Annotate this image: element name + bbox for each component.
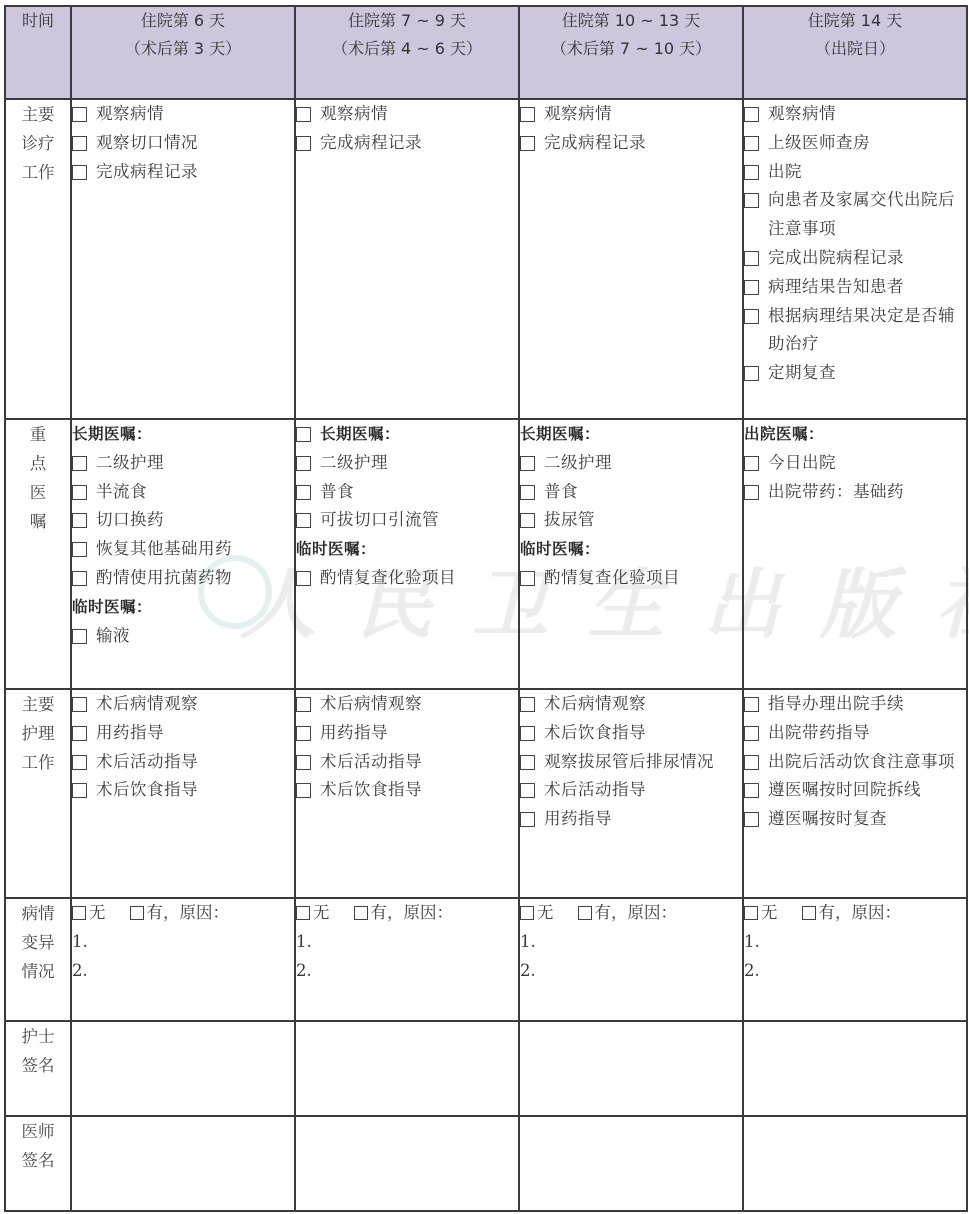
item-label: 上级医师查房 <box>768 129 966 158</box>
checklist-item[interactable]: 出院后活动饮食注意事项 <box>744 748 966 777</box>
checklist-item[interactable]: 用药指导 <box>296 719 518 748</box>
checkbox[interactable] <box>72 513 87 528</box>
item-label: 术后饮食指导 <box>544 719 742 748</box>
checklist-item[interactable]: 恢复其他基础用药 <box>72 535 294 564</box>
checklist-item[interactable]: 完成病程记录 <box>72 158 294 187</box>
checklist-item[interactable]: 输液 <box>72 622 294 651</box>
checkbox[interactable] <box>520 136 535 151</box>
checklist-item[interactable]: 遵医嘱按时回院拆线 <box>744 776 966 805</box>
checklist-item[interactable]: 用药指导 <box>520 805 742 834</box>
checklist-item[interactable]: 术后活动指导 <box>520 776 742 805</box>
checkbox[interactable] <box>802 906 816 920</box>
checkbox[interactable] <box>72 726 87 741</box>
long-term-orders-heading: 长期医嘱： <box>72 420 294 449</box>
item-label: 恢复其他基础用药 <box>96 535 294 564</box>
reason-line-2[interactable]: 2. <box>520 957 742 986</box>
checkbox[interactable] <box>744 251 759 266</box>
nurse-signature-field-day-14[interactable] <box>743 1021 967 1116</box>
long-term-orders-heading: 长期医嘱： <box>520 420 742 449</box>
reason-line-2[interactable]: 2. <box>296 957 518 986</box>
checkbox[interactable] <box>296 755 311 770</box>
item-label: 术后饮食指导 <box>320 776 518 805</box>
reason-line-1[interactable]: 1. <box>520 928 742 957</box>
row-label-line: 护理 <box>6 719 70 748</box>
variation-cell-day-6: 无 有，原因： 1. 2. <box>71 898 295 1021</box>
checklist-item[interactable]: 酌情使用抗菌药物 <box>72 564 294 593</box>
checklist-item[interactable]: 二级护理 <box>72 449 294 478</box>
item-label: 酌情复查化验项目 <box>544 564 742 593</box>
item-label: 今日出院 <box>768 449 966 478</box>
item-label: 可拔切口引流管 <box>320 506 518 535</box>
row-label-nurse-signature: 护士 签名 <box>5 1021 71 1116</box>
option-label: 有，原因： <box>595 899 678 928</box>
orders-cell-day-7-9: 长期医嘱： 二级护理 普食 可拔切口引流管 临时医嘱： 酌情复查化验项目 <box>295 419 519 689</box>
orders-cell-day-14: 出院医嘱： 今日出院 出院带药：基础药 <box>743 419 967 689</box>
checkbox[interactable] <box>72 755 87 770</box>
item-label: 术后活动指导 <box>320 748 518 777</box>
checklist-item[interactable]: 酌情复查化验项目 <box>520 564 742 593</box>
item-label: 完成病程记录 <box>96 158 294 187</box>
item-label: 用药指导 <box>320 719 518 748</box>
item-label: 输液 <box>96 622 294 651</box>
checkbox[interactable] <box>296 513 311 528</box>
item-label: 术后活动指导 <box>96 748 294 777</box>
variation-none-option[interactable]: 无 <box>72 899 106 928</box>
checklist-item[interactable]: 出院带药：基础药 <box>744 478 966 507</box>
variation-options: 无 有，原因： <box>520 899 742 928</box>
variation-options: 无 有，原因： <box>296 899 518 928</box>
checkbox[interactable] <box>744 456 759 471</box>
checkbox[interactable] <box>72 783 87 798</box>
row-label-line: 医师 <box>6 1117 70 1146</box>
checklist-item[interactable]: 定期复查 <box>744 359 966 388</box>
checklist-item[interactable]: 术后饮食指导 <box>72 776 294 805</box>
item-label: 完成病程记录 <box>320 129 518 158</box>
checkbox[interactable] <box>744 366 759 381</box>
checkbox[interactable] <box>744 726 759 741</box>
variation-yes-option[interactable]: 有，原因： <box>802 899 902 928</box>
orders-cell-day-10-13: 长期医嘱： 二级护理 普食 拔尿管 临时医嘱： 酌情复查化验项目 <box>519 419 743 689</box>
header-subtitle: （出院日） <box>744 35 966 63</box>
checklist-item[interactable]: 术后病情观察 <box>72 690 294 719</box>
checkbox[interactable] <box>520 906 534 920</box>
checklist-item[interactable]: 用药指导 <box>72 719 294 748</box>
checkbox[interactable] <box>520 513 535 528</box>
row-label-line: 工作 <box>6 158 70 187</box>
checkbox[interactable] <box>72 906 86 920</box>
header-day-6: 住院第 6 天 （术后第 3 天） <box>71 6 295 99</box>
variation-yes-option[interactable]: 有，原因： <box>578 899 678 928</box>
checklist-item[interactable]: 术后饮食指导 <box>296 776 518 805</box>
row-label-line: 嘱 <box>6 507 70 536</box>
checklist-item[interactable]: 术后饮食指导 <box>520 719 742 748</box>
item-label: 酌情复查化验项目 <box>320 564 518 593</box>
checklist-item[interactable]: 二级护理 <box>520 449 742 478</box>
checkbox[interactable] <box>520 456 535 471</box>
item-label: 观察切口情况 <box>96 129 294 158</box>
checkbox[interactable] <box>744 755 759 770</box>
option-label: 有，原因： <box>147 899 230 928</box>
item-label: 二级护理 <box>544 449 742 478</box>
checklist-item[interactable]: 观察病情 <box>744 100 966 129</box>
item-label: 根据病理结果决定是否辅助治疗 <box>768 302 966 360</box>
checklist-item[interactable]: 二级护理 <box>296 449 518 478</box>
row-label-line: 变异 <box>6 928 70 957</box>
checkbox[interactable] <box>520 107 535 122</box>
checklist-item[interactable]: 观察切口情况 <box>72 129 294 158</box>
row-label-line: 护士 <box>6 1022 70 1051</box>
item-label: 普食 <box>320 478 518 507</box>
nursing-row: 主要 护理 工作 术后病情观察 用药指导 术后活动指导 术后饮食指导 术后病情观… <box>5 689 967 898</box>
checkbox[interactable] <box>520 697 535 712</box>
reason-line-1[interactable]: 1. <box>744 928 966 957</box>
checklist-item[interactable]: 半流食 <box>72 478 294 507</box>
variation-options: 无 有，原因： <box>72 899 294 928</box>
orders-row: 重 点 医 嘱 长期医嘱： 二级护理 半流食 切口换药 恢复其他基础用药 酌情使… <box>5 419 967 689</box>
row-label-variation: 病情 变异 情况 <box>5 898 71 1021</box>
item-label: 出院带药：基础药 <box>768 478 966 507</box>
nurse-signature-field-day-10-13[interactable] <box>519 1021 743 1116</box>
diagnosis-cell-day-7-9: 观察病情 完成病程记录 <box>295 99 519 419</box>
item-label: 二级护理 <box>96 449 294 478</box>
checkbox[interactable] <box>72 571 87 586</box>
checklist-item[interactable]: 观察病情 <box>72 100 294 129</box>
checkbox[interactable] <box>520 812 535 827</box>
row-label-line: 情况 <box>6 957 70 986</box>
checkbox[interactable] <box>130 906 144 920</box>
reason-line-2[interactable]: 2. <box>72 957 294 986</box>
doctor-signature-field-day-10-13[interactable] <box>519 1116 743 1211</box>
row-label-diagnosis: 主要 诊疗 工作 <box>5 99 71 419</box>
checklist-item[interactable]: 完成病程记录 <box>296 129 518 158</box>
item-label: 观察病情 <box>320 100 518 129</box>
checkbox[interactable] <box>296 456 311 471</box>
checkbox[interactable] <box>744 906 758 920</box>
row-label-nursing: 主要 护理 工作 <box>5 689 71 898</box>
item-label: 观察病情 <box>96 100 294 129</box>
checkbox[interactable] <box>296 783 311 798</box>
orders-cell-day-6: 长期医嘱： 二级护理 半流食 切口换药 恢复其他基础用药 酌情使用抗菌药物 临时… <box>71 419 295 689</box>
row-label-line: 主要 <box>6 690 70 719</box>
checkbox[interactable] <box>72 542 87 557</box>
row-label-line: 病情 <box>6 899 70 928</box>
item-label: 出院 <box>768 158 966 187</box>
nurse-signature-field-day-7-9[interactable] <box>295 1021 519 1116</box>
checkbox[interactable] <box>72 629 87 644</box>
header-day-14: 住院第 14 天 （出院日） <box>743 6 967 99</box>
variation-none-option[interactable]: 无 <box>744 899 778 928</box>
checkbox[interactable] <box>296 726 311 741</box>
checklist-item[interactable]: 完成病程记录 <box>520 129 742 158</box>
nursing-cell-day-14: 指导办理出院手续 出院带药指导 出院后活动饮食注意事项 遵医嘱按时回院拆线 遵医… <box>743 689 967 898</box>
row-label-line: 诊疗 <box>6 129 70 158</box>
variation-yes-option[interactable]: 有，原因： <box>130 899 230 928</box>
checkbox[interactable] <box>520 783 535 798</box>
option-label: 无 <box>89 899 106 928</box>
checklist-item[interactable]: 可拔切口引流管 <box>296 506 518 535</box>
checklist-item[interactable]: 观察病情 <box>296 100 518 129</box>
checkbox[interactable] <box>72 165 87 180</box>
item-label: 病理结果告知患者 <box>768 273 966 302</box>
checkbox[interactable] <box>520 755 535 770</box>
item-label: 观察病情 <box>544 100 742 129</box>
checklist-item[interactable]: 切口换药 <box>72 506 294 535</box>
checkbox[interactable] <box>744 165 759 180</box>
checkbox[interactable] <box>744 107 759 122</box>
item-label: 半流食 <box>96 478 294 507</box>
header-subtitle: （术后第 7 ~ 10 天） <box>520 35 742 63</box>
checklist-item[interactable]: 术后活动指导 <box>296 748 518 777</box>
option-label: 有，原因： <box>819 899 902 928</box>
checkbox[interactable] <box>296 571 311 586</box>
item-label: 出院后活动饮食注意事项 <box>768 748 966 777</box>
doctor-signature-field-day-6[interactable] <box>71 1116 295 1211</box>
nursing-cell-day-6: 术后病情观察 用药指导 术后活动指导 术后饮食指导 <box>71 689 295 898</box>
nursing-cell-day-7-9: 术后病情观察 用药指导 术后活动指导 术后饮食指导 <box>295 689 519 898</box>
checklist-item[interactable]: 术后病情观察 <box>520 690 742 719</box>
checkbox[interactable] <box>744 193 759 208</box>
temporary-orders-heading: 临时医嘱： <box>520 535 742 564</box>
variation-cell-day-10-13: 无 有，原因： 1. 2. <box>519 898 743 1021</box>
checklist-item[interactable]: 根据病理结果决定是否辅助治疗 <box>744 302 966 360</box>
header-subtitle: （术后第 4 ~ 6 天） <box>296 35 518 63</box>
checkbox[interactable] <box>744 812 759 827</box>
item-label: 术后病情观察 <box>96 690 294 719</box>
checklist-item[interactable]: 术后病情观察 <box>296 690 518 719</box>
item-label: 完成病程记录 <box>544 129 742 158</box>
checkbox[interactable] <box>296 906 310 920</box>
variation-cell-day-7-9: 无 有，原因： 1. 2. <box>295 898 519 1021</box>
checklist-item[interactable]: 病理结果告知患者 <box>744 273 966 302</box>
variation-cell-day-14: 无 有，原因： 1. 2. <box>743 898 967 1021</box>
reason-line-1[interactable]: 1. <box>296 928 518 957</box>
checkbox[interactable] <box>744 280 759 295</box>
item-label: 定期复查 <box>768 359 966 388</box>
checklist-item[interactable]: 酌情复查化验项目 <box>296 564 518 593</box>
checklist-item[interactable]: 遵医嘱按时复查 <box>744 805 966 834</box>
item-label: 术后病情观察 <box>544 690 742 719</box>
header-subtitle: （术后第 3 天） <box>72 35 294 63</box>
checklist-item[interactable]: 拔尿管 <box>520 506 742 535</box>
item-label: 术后饮食指导 <box>96 776 294 805</box>
checkbox[interactable] <box>296 427 311 442</box>
diagnosis-cell-day-10-13: 观察病情 完成病程记录 <box>519 99 743 419</box>
discharge-orders-heading: 出院医嘱： <box>744 420 966 449</box>
header-title: 住院第 10 ~ 13 天 <box>520 7 742 35</box>
temporary-orders-heading: 临时医嘱： <box>72 593 294 622</box>
variation-row: 病情 变异 情况 无 有，原因： 1. 2. 无 有，原因： 1. 2. <box>5 898 967 1021</box>
checkbox[interactable] <box>520 571 535 586</box>
checklist-item[interactable]: 出院带药指导 <box>744 719 966 748</box>
doctor-signature-row: 医师 签名 <box>5 1116 967 1211</box>
option-label: 无 <box>313 899 330 928</box>
doctor-signature-field-day-14[interactable] <box>743 1116 967 1211</box>
row-label-line: 主要 <box>6 100 70 129</box>
checkbox[interactable] <box>744 697 759 712</box>
item-label: 遵医嘱按时回院拆线 <box>768 776 966 805</box>
item-label: 指导办理出院手续 <box>768 690 966 719</box>
header-day-7-9: 住院第 7 ~ 9 天 （术后第 4 ~ 6 天） <box>295 6 519 99</box>
checkbox[interactable] <box>72 136 87 151</box>
diagnosis-cell-day-14: 观察病情 上级医师查房 出院 向患者及家属交代出院后注意事项 完成出院病程记录 … <box>743 99 967 419</box>
reason-line-2[interactable]: 2. <box>744 957 966 986</box>
item-label: 观察拔尿管后排尿情况 <box>544 748 742 777</box>
item-label: 普食 <box>544 478 742 507</box>
header-label-time: 时间 <box>5 6 71 99</box>
nurse-signature-row: 护士 签名 <box>5 1021 967 1116</box>
doctor-signature-field-day-7-9[interactable] <box>295 1116 519 1211</box>
long-term-orders-heading: 长期医嘱： <box>320 420 400 449</box>
reason-line-1[interactable]: 1. <box>72 928 294 957</box>
temporary-orders-heading: 临时医嘱： <box>296 535 518 564</box>
variation-options: 无 有，原因： <box>744 899 966 928</box>
clinical-pathway-table: 时间 住院第 6 天 （术后第 3 天） 住院第 7 ~ 9 天 （术后第 4 … <box>4 5 968 1212</box>
header-row: 时间 住院第 6 天 （术后第 3 天） 住院第 7 ~ 9 天 （术后第 4 … <box>5 6 967 99</box>
checkbox[interactable] <box>520 485 535 500</box>
row-label-line: 重 <box>6 420 70 449</box>
header-day-10-13: 住院第 10 ~ 13 天 （术后第 7 ~ 10 天） <box>519 6 743 99</box>
long-term-orders-heading-checkbox[interactable]: 长期医嘱： <box>296 420 518 449</box>
checkbox[interactable] <box>578 906 592 920</box>
item-label: 遵医嘱按时复查 <box>768 805 966 834</box>
row-label-line: 点 <box>6 449 70 478</box>
variation-none-option[interactable]: 无 <box>296 899 330 928</box>
item-label: 完成出院病程记录 <box>768 244 966 273</box>
item-label: 拔尿管 <box>544 506 742 535</box>
checklist-item[interactable]: 普食 <box>296 478 518 507</box>
checkbox[interactable] <box>744 783 759 798</box>
checkbox[interactable] <box>72 485 87 500</box>
checklist-item[interactable]: 术后活动指导 <box>72 748 294 777</box>
checkbox[interactable] <box>744 485 759 500</box>
checkbox[interactable] <box>296 697 311 712</box>
item-label: 用药指导 <box>544 805 742 834</box>
checklist-item[interactable]: 今日出院 <box>744 449 966 478</box>
row-label-line: 签名 <box>6 1146 70 1175</box>
item-label: 术后活动指导 <box>544 776 742 805</box>
row-label-line: 签名 <box>6 1051 70 1080</box>
checkbox[interactable] <box>72 107 87 122</box>
checkbox[interactable] <box>296 107 311 122</box>
header-title: 住院第 7 ~ 9 天 <box>296 7 518 35</box>
option-label: 无 <box>761 899 778 928</box>
checkbox[interactable] <box>354 906 368 920</box>
item-label: 二级护理 <box>320 449 518 478</box>
checkbox[interactable] <box>72 456 87 471</box>
item-label: 术后病情观察 <box>320 690 518 719</box>
header-title: 住院第 6 天 <box>72 7 294 35</box>
checkbox[interactable] <box>72 697 87 712</box>
row-label-orders: 重 点 医 嘱 <box>5 419 71 689</box>
checklist-item[interactable]: 完成出院病程记录 <box>744 244 966 273</box>
option-label: 有，原因： <box>371 899 454 928</box>
variation-yes-option[interactable]: 有，原因： <box>354 899 454 928</box>
checklist-item[interactable]: 上级医师查房 <box>744 129 966 158</box>
nursing-cell-day-10-13: 术后病情观察 术后饮食指导 观察拔尿管后排尿情况 术后活动指导 用药指导 <box>519 689 743 898</box>
checkbox[interactable] <box>744 136 759 151</box>
header-title: 住院第 14 天 <box>744 7 966 35</box>
row-label-doctor-signature: 医师 签名 <box>5 1116 71 1211</box>
item-label: 切口换药 <box>96 506 294 535</box>
item-label: 酌情使用抗菌药物 <box>96 564 294 593</box>
checklist-item[interactable]: 观察拔尿管后排尿情况 <box>520 748 742 777</box>
checklist-item[interactable]: 指导办理出院手续 <box>744 690 966 719</box>
checklist-item[interactable]: 向患者及家属交代出院后注意事项 <box>744 186 966 244</box>
item-label: 观察病情 <box>768 100 966 129</box>
checkbox[interactable] <box>296 136 311 151</box>
checklist-item[interactable]: 出院 <box>744 158 966 187</box>
clinical-pathway-sheet: 时间 住院第 6 天 （术后第 3 天） 住院第 7 ~ 9 天 （术后第 4 … <box>4 5 968 1212</box>
row-label-line: 工作 <box>6 748 70 777</box>
variation-none-option[interactable]: 无 <box>520 899 554 928</box>
row-label-line: 医 <box>6 478 70 507</box>
item-label: 向患者及家属交代出院后注意事项 <box>768 186 966 244</box>
checkbox[interactable] <box>520 726 535 741</box>
diagnosis-row: 主要 诊疗 工作 观察病情 观察切口情况 完成病程记录 观察病情 完成病程记录 … <box>5 99 967 419</box>
nurse-signature-field-day-6[interactable] <box>71 1021 295 1116</box>
diagnosis-cell-day-6: 观察病情 观察切口情况 完成病程记录 <box>71 99 295 419</box>
checklist-item[interactable]: 普食 <box>520 478 742 507</box>
item-label: 出院带药指导 <box>768 719 966 748</box>
checkbox[interactable] <box>744 309 759 324</box>
item-label: 用药指导 <box>96 719 294 748</box>
checklist-item[interactable]: 观察病情 <box>520 100 742 129</box>
checkbox[interactable] <box>296 485 311 500</box>
option-label: 无 <box>537 899 554 928</box>
